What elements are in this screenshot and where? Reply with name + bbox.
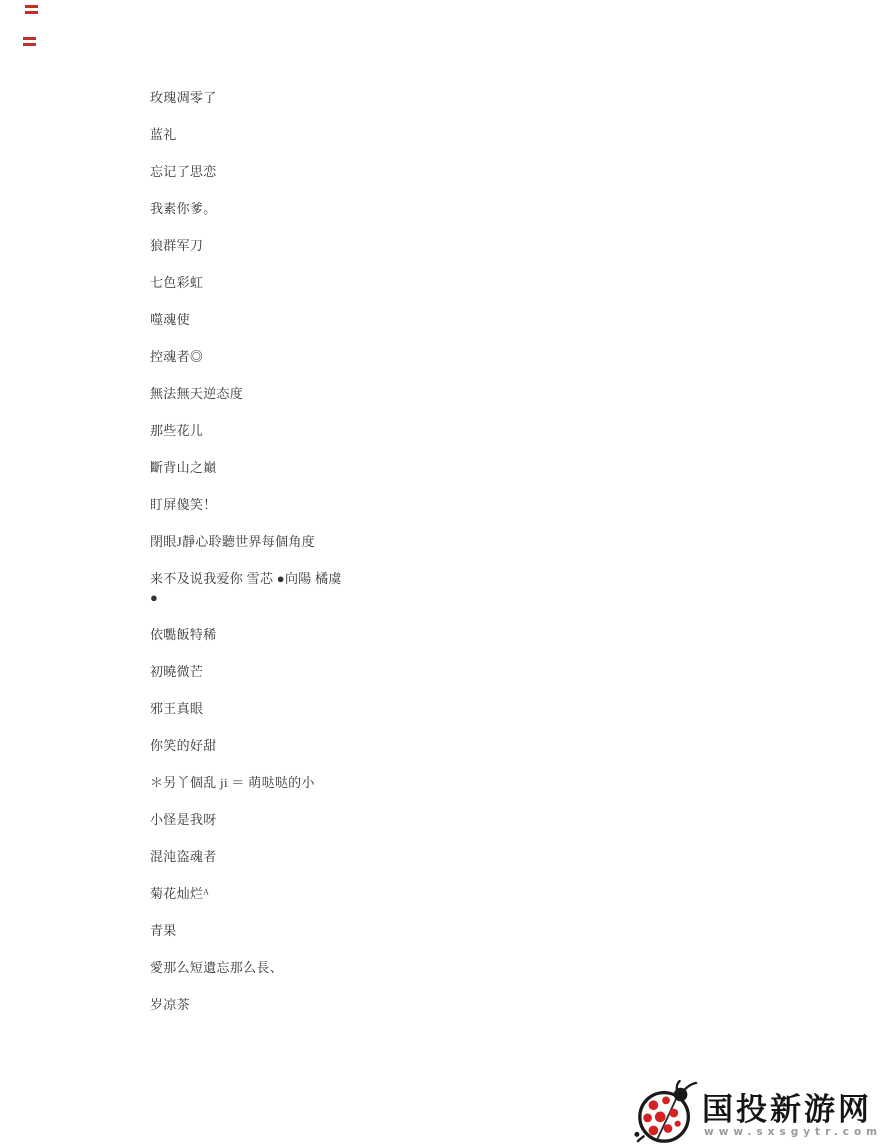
list-item: 初曉微芒 — [150, 662, 346, 681]
page: 玫瑰凋零了蓝礼忘记了思恋我素你爹。狼群军刀七色彩虹噬魂使控魂者◎無法無天逆态度那… — [0, 0, 886, 1147]
list-item: 狼群军刀 — [150, 236, 346, 255]
list-item: 閉眼J靜心聆聽世界每個角度 — [150, 532, 346, 551]
list-item: 菊花灿烂ᴬ — [150, 884, 346, 903]
list-item: 依嚸飯特稀 — [150, 625, 346, 644]
site-url: www.sxsgytr.com — [704, 1126, 882, 1138]
list-item: 盯屏傻笑！ — [150, 495, 346, 514]
list-item: 来不及说我爱你 雪芯 ●向陽 橘虞 ● — [150, 569, 346, 607]
list-item: 青果 — [150, 921, 346, 940]
list-item: ＊另丫個乱 ji ＝ 萌哒哒的小 — [150, 773, 346, 792]
list-item: 愛那么短遺忘那么長、 — [150, 958, 346, 977]
corner-mark — [23, 37, 36, 49]
list-item: 噬魂使 — [150, 310, 346, 329]
list-item: 你笑的好甜 — [150, 736, 346, 755]
list-item: 混沌盗魂者 — [150, 847, 346, 866]
list-item: 七色彩虹 — [150, 273, 346, 292]
site-watermark: 国投新游网 www.sxsgytr.com — [628, 1076, 886, 1147]
list-item: 斷背山之巔 — [150, 458, 346, 477]
list-item: 忘记了思恋 — [150, 162, 346, 181]
list-item: 控魂者◎ — [150, 347, 346, 366]
list-item: 邪王真眼 — [150, 699, 346, 718]
list-item: 那些花儿 — [150, 421, 346, 440]
list-item: 無法無天逆态度 — [150, 384, 346, 403]
ladybug-icon — [634, 1080, 700, 1146]
corner-mark — [25, 5, 38, 17]
nickname-list: 玫瑰凋零了蓝礼忘记了思恋我素你爹。狼群军刀七色彩虹噬魂使控魂者◎無法無天逆态度那… — [150, 88, 346, 1032]
list-item: 岁凉茶 — [150, 995, 346, 1014]
list-item: 蓝礼 — [150, 125, 346, 144]
list-item: 我素你爹。 — [150, 199, 346, 218]
list-item: 玫瑰凋零了 — [150, 88, 346, 107]
site-name: 国投新游网 — [702, 1084, 872, 1129]
list-item: 小怪是我呀 — [150, 810, 346, 829]
